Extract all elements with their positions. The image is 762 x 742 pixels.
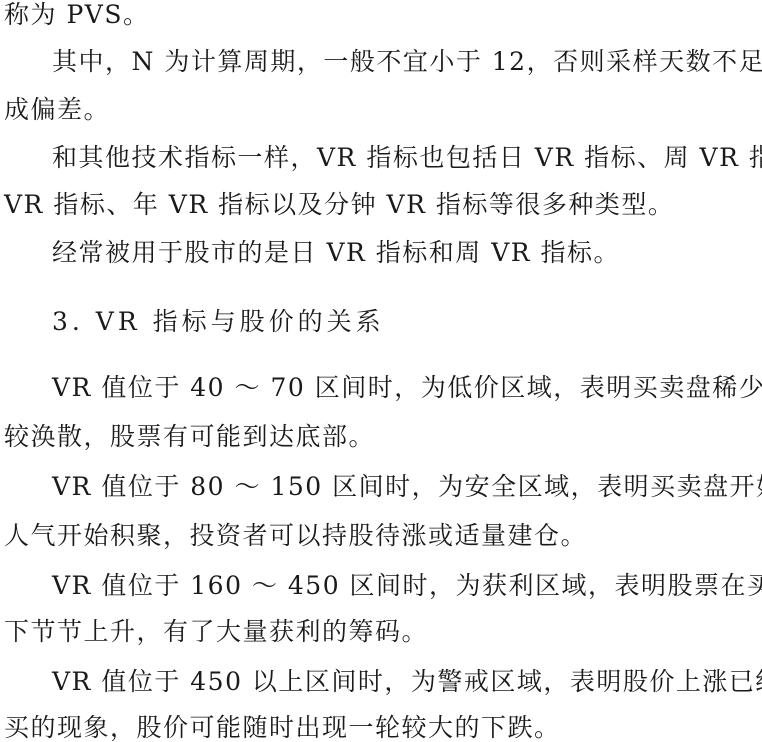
text-line: 经常被用于股市的是日 VR 指标和周 VR 指标。 xyxy=(52,238,620,268)
paragraph-line: 人气开始积聚，投资者可以持股待涨或适量建仓。 xyxy=(4,521,587,551)
text-line: 其中，N 为计算周期，一般不宜小于 12，否则采样天数不足容易造 xyxy=(52,47,762,77)
paragraph-line: VR 值位于 80 ～ 150 区间时，为安全区域，表明买卖盘开始增多， xyxy=(52,472,762,502)
text-line: 称为 PVS。 xyxy=(4,0,149,30)
paragraph-line: VR 值位于 40 ～ 70 区间时，为低价区域，表明买卖盘稀少，人气比 xyxy=(52,373,762,403)
paragraph-line: 买的现象，股价可能随时出现一轮较大的下跌。 xyxy=(4,713,561,742)
paragraph-line: 下节节上升，有了大量获利的筹码。 xyxy=(4,617,428,647)
section-heading: 3. VR 指标与股价的关系 xyxy=(52,307,385,337)
text-line: VR 指标、年 VR 指标以及分钟 VR 指标等很多种类型。 xyxy=(4,190,674,220)
paragraph-line: 较涣散，股票有可能到达底部。 xyxy=(4,422,375,452)
paragraph-line: VR 值位于 450 以上区间时，为警戒区域，表明股价上涨已经出现超 xyxy=(52,667,762,697)
paragraph-line: VR 值位于 160 ～ 450 区间时，为获利区域，表明股票在买盘的推动 xyxy=(52,571,762,601)
text-line: 和其他技术指标一样，VR 指标也包括日 VR 指标、周 VR 指标、月 xyxy=(52,143,762,173)
document-page: 称为 PVS。 其中，N 为计算周期，一般不宜小于 12，否则采样天数不足容易造… xyxy=(0,0,762,742)
text-line: 成偏差。 xyxy=(4,95,110,125)
